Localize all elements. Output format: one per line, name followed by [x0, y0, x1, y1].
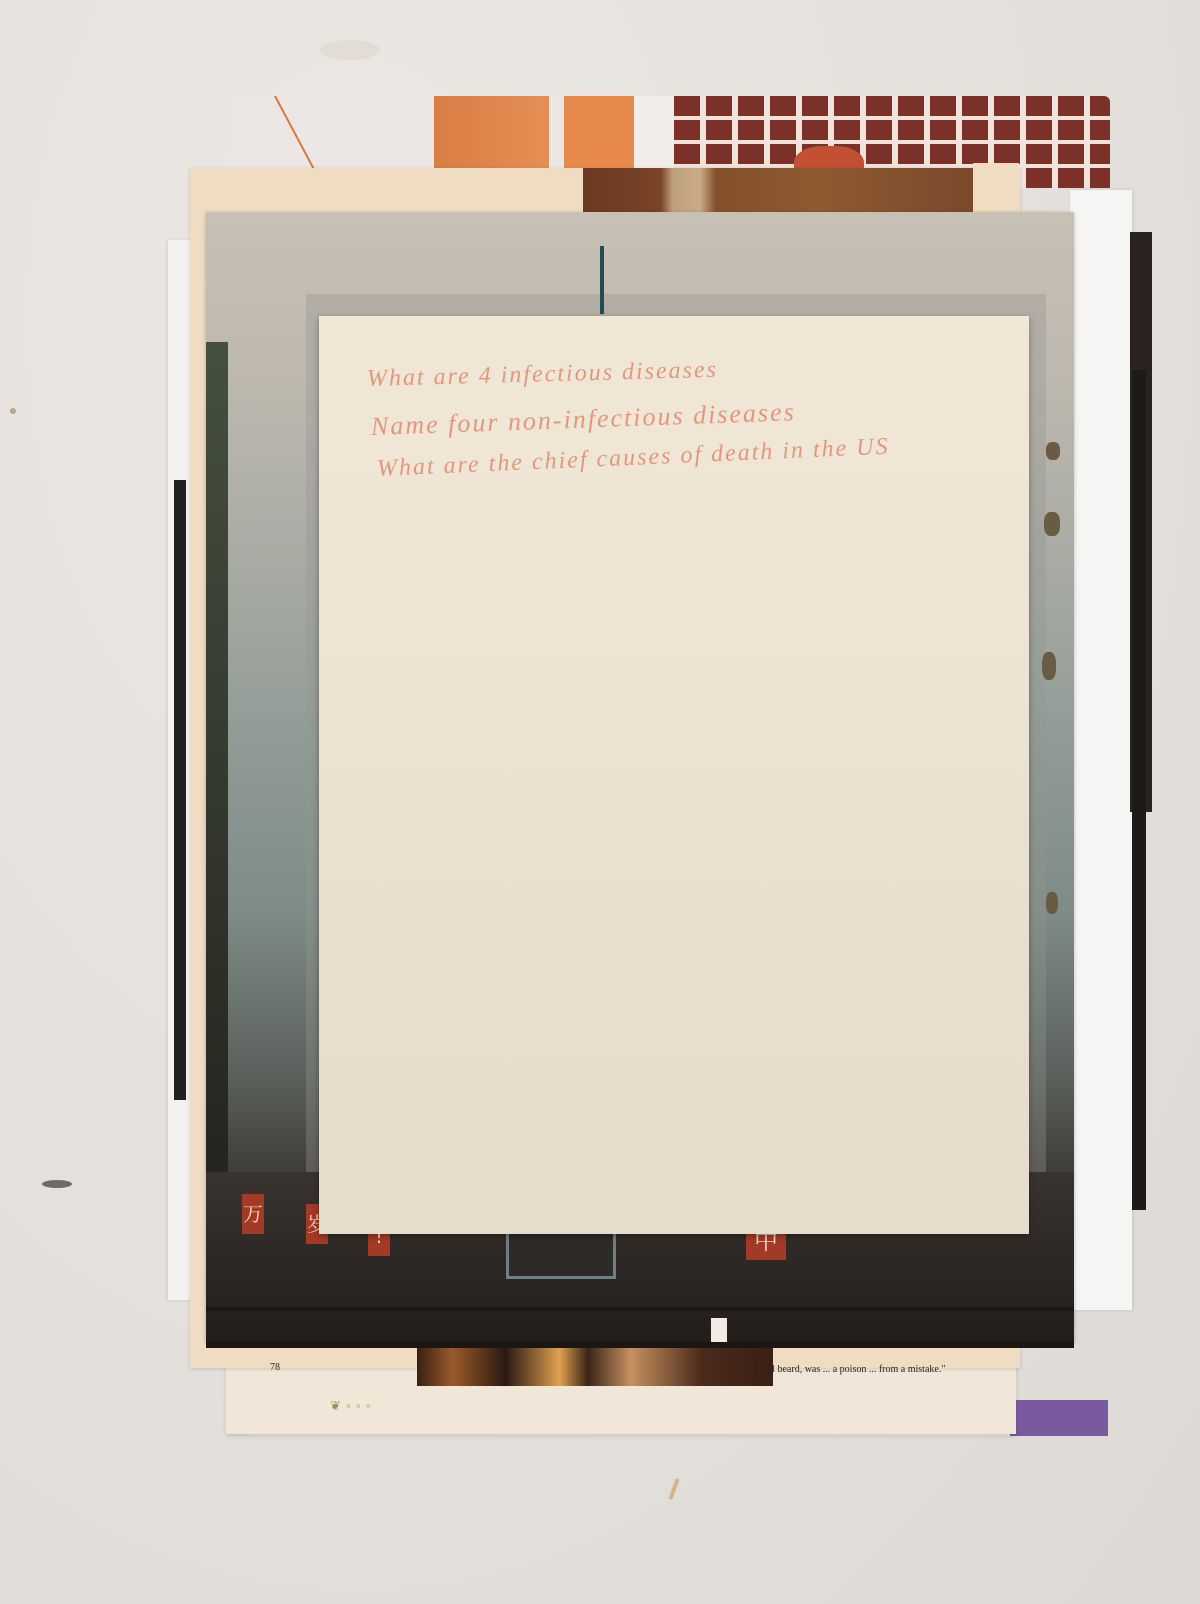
right-black-strip: [1132, 370, 1146, 1210]
surface-speck: [42, 1180, 72, 1188]
blue-line-mark: [600, 246, 604, 314]
sign: 万: [242, 1194, 264, 1234]
left-black-strip: [174, 480, 186, 1100]
orange-photo-strip: [417, 1348, 773, 1386]
printed-text-snippet: ... ers a full beard, was ... a poison .…: [730, 1364, 990, 1376]
handwriting-line: Name four non-infectious diseases: [370, 397, 796, 442]
surface-speck: [320, 40, 380, 60]
handwriting-line: What are 4 infectious diseases: [367, 357, 719, 393]
cream-tab: [973, 163, 1019, 215]
handwritten-note-sheet: What are 4 infectious diseases Name four…: [319, 316, 1029, 1234]
white-notch: [711, 1318, 727, 1342]
surface-speck: [10, 408, 16, 414]
handwriting-line: What are the chief causes of death in th…: [376, 434, 890, 483]
brown-texture-cutout: [583, 168, 973, 214]
bottom-faint-text: ❦ ◦ ◦ ◦: [330, 1398, 371, 1414]
right-white-sheet: [1070, 190, 1132, 1310]
page-number: 78: [270, 1362, 280, 1373]
surface-speck: [668, 1478, 679, 1500]
